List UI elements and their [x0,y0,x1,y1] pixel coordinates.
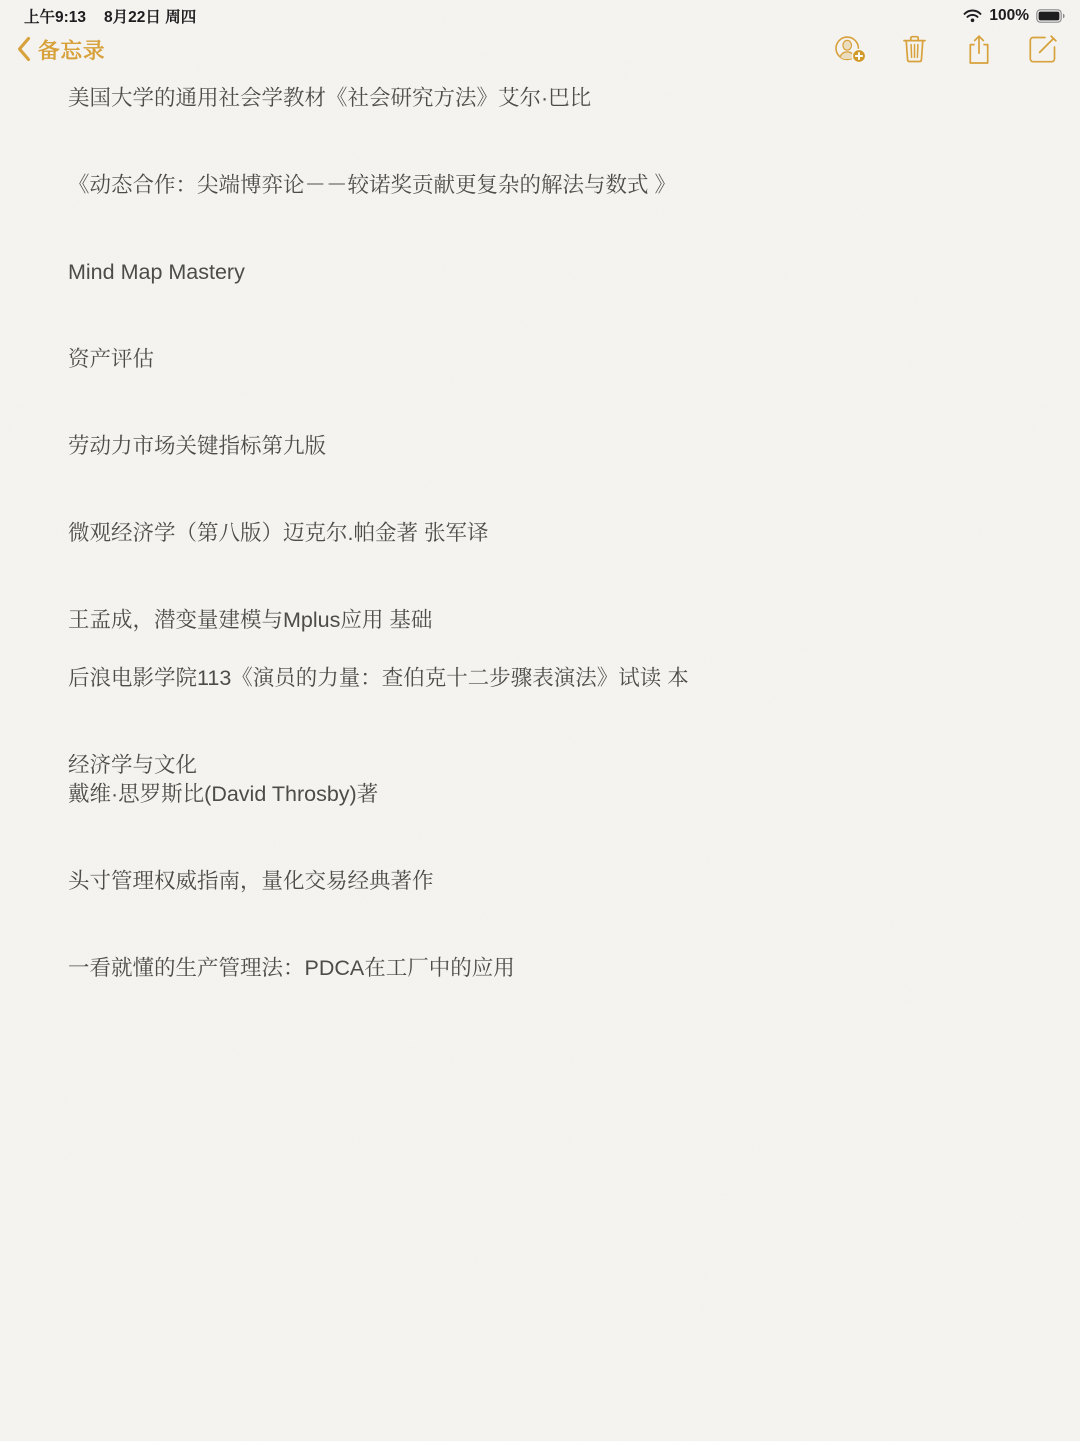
trash-icon [902,34,927,64]
status-date: 8月22日 周四 [104,5,196,27]
note-line [68,577,1044,606]
note-line: 劳动力市场关键指标第九版 [68,432,1044,461]
battery-icon [1036,9,1066,23]
note-line [68,113,1044,142]
note-body[interactable]: 美国大学的通用社会学教材《社会研究方法》艾尔·巴比《动态合作：尖端博弈论－－较诺… [68,84,1044,983]
status-bar: 上午9:13 8月22日 周四 100% [0,0,1080,27]
nav-bar: 备忘录 [0,27,1080,71]
note-line: 头寸管理权威指南，量化交易经典著作 [68,867,1044,896]
status-time: 上午9:13 [24,5,86,27]
compose-button[interactable] [1027,34,1058,65]
note-line [68,403,1044,432]
add-people-button[interactable] [835,34,866,65]
note-line [68,925,1044,954]
note-line [68,374,1044,403]
note-line: 资产评估 [68,345,1044,374]
delete-note-button[interactable] [899,34,930,65]
note-line [68,287,1044,316]
nav-actions [835,34,1058,65]
note-line: 一看就懂的生产管理法：PDCA在工厂中的应用 [68,954,1044,983]
note-line: 美国大学的通用社会学教材《社会研究方法》艾尔·巴比 [68,84,1044,113]
note-line: 经济学与文化 [68,751,1044,780]
wifi-icon [963,9,982,23]
note-line: 后浪电影学院113《演员的力量：查伯克十二步骤表演法》试读 本 [68,664,1044,693]
note-line: 戴维·思罗斯比(David Throsby)著 [68,780,1044,809]
note-line [68,635,1044,664]
share-button[interactable] [963,34,994,65]
note-line [68,316,1044,345]
note-line [68,142,1044,171]
chevron-left-icon [16,36,31,62]
note-line: Mind Map Mastery [68,258,1044,287]
note-line [68,548,1044,577]
add-people-icon [834,34,867,65]
note-line: 《动态合作：尖端博弈论－－较诺奖贡献更复杂的解法与数式 》 [68,171,1044,200]
note-line [68,693,1044,722]
back-label: 备忘录 [38,34,106,65]
note-line [68,490,1044,519]
compose-icon [1027,34,1058,65]
note-line [68,896,1044,925]
share-icon [966,34,992,65]
battery-percent: 100% [989,7,1029,25]
note-line [68,809,1044,838]
note-line: 王孟成，潜变量建模与Mplus应用 基础 [68,606,1044,635]
note-line [68,229,1044,258]
back-button[interactable]: 备忘录 [16,34,106,65]
note-line [68,838,1044,867]
note-line [68,461,1044,490]
note-line: 微观经济学（第八版）迈克尔.帕金著 张军译 [68,519,1044,548]
note-line [68,722,1044,751]
note-line [68,200,1044,229]
